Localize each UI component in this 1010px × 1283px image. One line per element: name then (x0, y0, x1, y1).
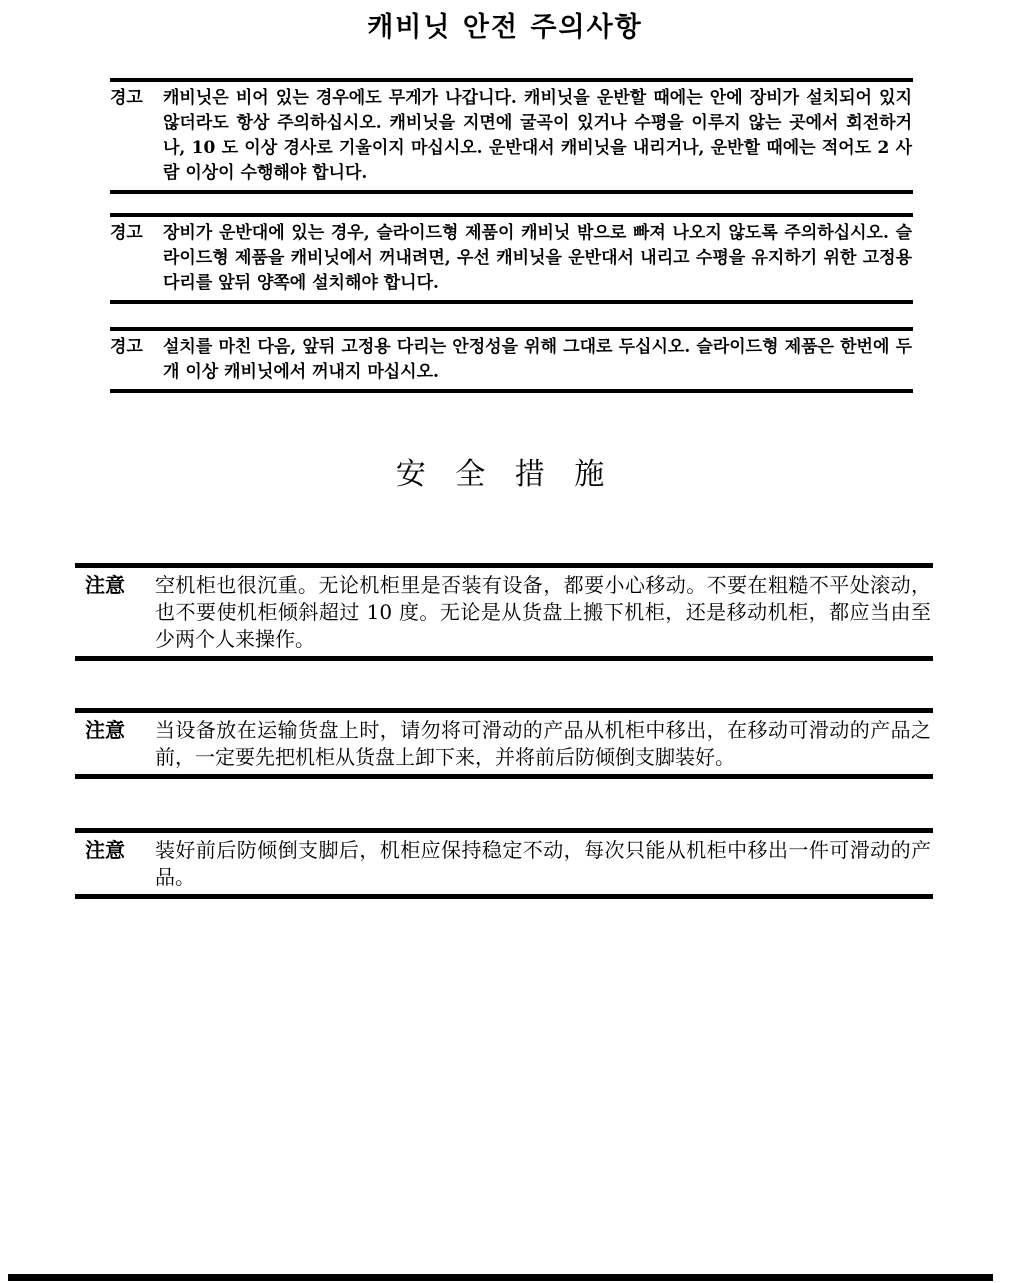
bottom-rule (110, 190, 913, 194)
warning-text: 설치를 마친 다음, 앞뒤 고정용 다리는 안정성을 위해 그대로 두십시오. … (163, 335, 913, 385)
warning-text: 장비가 운반대에 있는 경우, 슬라이드형 제품이 캐비닛 밖으로 빠져 나오지… (163, 221, 913, 296)
warning-label: 경고 (110, 221, 163, 246)
korean-warning-block-1: 경고 캐비닛은 비어 있는 경우에도 무게가 나갑니다. 캐비닛을 운반할 때에… (110, 78, 913, 194)
korean-warning-block-3: 경고 설치를 마친 다음, 앞뒤 고정용 다리는 안정성을 위해 그대로 두십시… (110, 327, 913, 393)
korean-section-title: 캐비닛 안전 주의사항 (0, 5, 1010, 44)
caution-label: 注意 (75, 717, 155, 744)
caution-text: 空机柜也很沉重。无论机柜里是否装有设备，都要小心移动。不要在粗糙不平处滚动，也不… (155, 572, 933, 653)
bottom-rule (110, 300, 913, 304)
chinese-caution-block-3: 注意 装好前后防倾倒支脚后，机柜应保持稳定不动，每次只能从机柜中移出一件可滑动的… (75, 828, 933, 899)
chinese-caution-block-1: 注意 空机柜也很沉重。无论机柜里是否装有设备，都要小心移动。不要在粗糙不平处滚动… (75, 563, 933, 661)
bottom-rule (75, 774, 933, 779)
page-bottom-rule (8, 1274, 993, 1281)
caution-label: 注意 (75, 572, 155, 599)
warning-text: 캐비닛은 비어 있는 경우에도 무게가 나갑니다. 캐비닛을 운반할 때에는 안… (163, 86, 913, 186)
bottom-rule (75, 656, 933, 661)
chinese-caution-block-2: 注意 当设备放在运输货盘上时，请勿将可滑动的产品从机柜中移出，在移动可滑动的产品… (75, 708, 933, 779)
caution-text: 当设备放在运输货盘上时，请勿将可滑动的产品从机柜中移出，在移动可滑动的产品之前，… (155, 717, 933, 771)
chinese-section-title: 安 全 措 施 (0, 449, 1010, 493)
bottom-rule (75, 894, 933, 899)
warning-label: 경고 (110, 335, 163, 360)
caution-label: 注意 (75, 837, 155, 864)
korean-warning-block-2: 경고 장비가 운반대에 있는 경우, 슬라이드형 제품이 캐비닛 밖으로 빠져 … (110, 213, 913, 304)
caution-text: 装好前后防倾倒支脚后，机柜应保持稳定不动，每次只能从机柜中移出一件可滑动的产品。 (155, 837, 933, 891)
warning-label: 경고 (110, 86, 163, 111)
bottom-rule (110, 389, 913, 393)
